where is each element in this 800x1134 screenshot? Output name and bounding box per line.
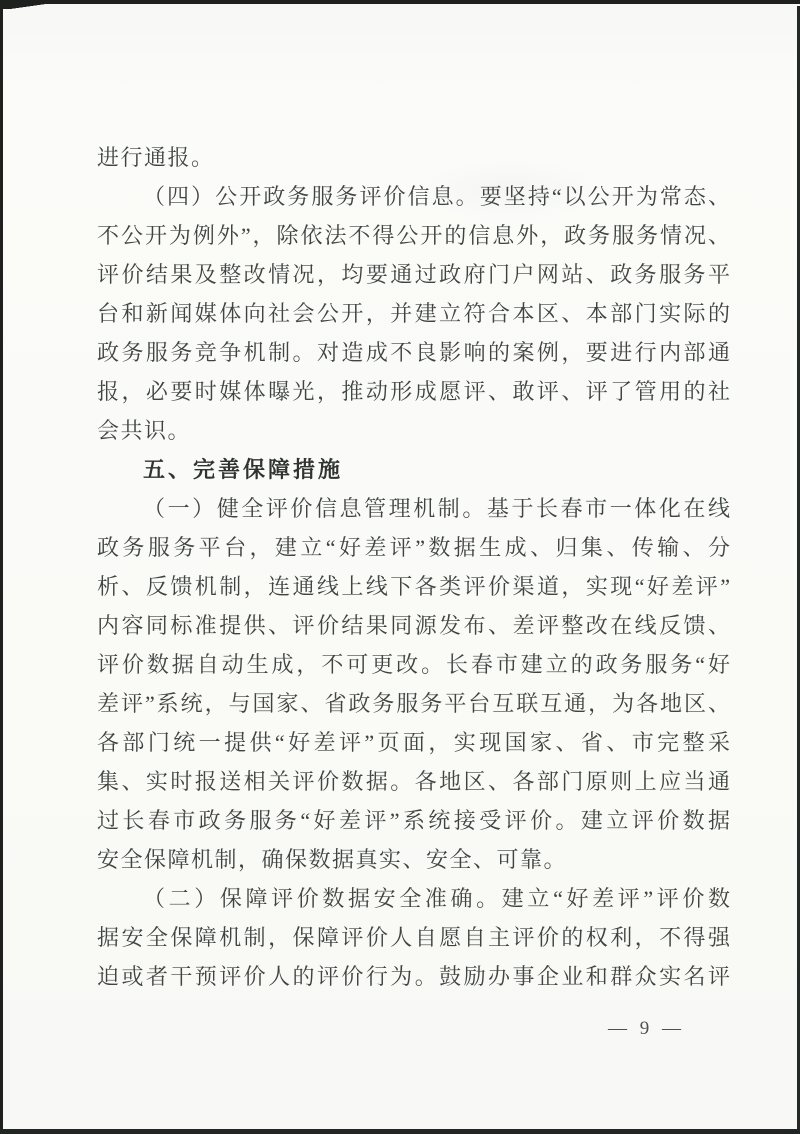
text-line: 过长春市政务服务“好差评”系统接受评价。建立评价数据	[97, 801, 730, 840]
section-heading: 五、完善保障措施	[97, 450, 730, 489]
text-line: 集、实时报送相关评价数据。各地区、各部门原则上应当通	[97, 762, 730, 801]
page-number: — 9 —	[608, 1018, 685, 1040]
text-line: 政务服务竞争机制。对造成不良影响的案例，要进行内部通	[97, 333, 730, 372]
text-line: 差评”系统，与国家、省政务服务平台互联互通，为各地区、	[97, 684, 730, 723]
text-line: 据安全保障机制，保障评价人自愿自主评价的权利，不得强	[97, 918, 730, 957]
text-line: 析、反馈机制，连通线上线下各类评价渠道，实现“好差评”	[97, 567, 730, 606]
text-line: 各部门统一提供“好差评”页面，实现国家、省、市完整采	[97, 723, 730, 762]
text-line: 评价结果及整改情况，均要通过政府门户网站、政务服务平	[97, 255, 730, 294]
text-line: 会共识。	[97, 411, 730, 450]
text-line: （二）保障评价数据安全准确。建立“好差评”评价数	[97, 879, 730, 918]
text-line: 迫或者干预评价人的评价行为。鼓励办事企业和群众实名评	[97, 957, 730, 996]
text-line: 报，必要时媒体曝光，推动形成愿评、敢评、评了管用的社	[97, 372, 730, 411]
scan-edge-bottom	[0, 1129, 800, 1134]
text-line: 不公开为例外”，除依法不得公开的信息外，政务服务情况、	[97, 216, 730, 255]
text-line: 评价数据自动生成，不可更改。长春市建立的政务服务“好	[97, 645, 730, 684]
text-line: 内容同标准提供、评价结果同源发布、差评整改在线反馈、	[97, 606, 730, 645]
text-line: （四）公开政务服务评价信息。要坚持“以公开为常态、	[97, 177, 730, 216]
text-line: （一）健全评价信息管理机制。基于长春市一体化在线	[97, 489, 730, 528]
scanned-page: 进行通报。 （四）公开政务服务评价信息。要坚持“以公开为常态、 不公开为例外”，…	[0, 0, 800, 1134]
scan-edge-top	[0, 0, 800, 4]
text-line: 台和新闻媒体向社会公开，并建立符合本区、本部门实际的	[97, 294, 730, 333]
document-body: 进行通报。 （四）公开政务服务评价信息。要坚持“以公开为常态、 不公开为例外”，…	[97, 138, 730, 996]
text-line: 进行通报。	[97, 138, 730, 177]
scan-edge-left	[0, 0, 3, 1134]
text-line: 政务服务平台，建立“好差评”数据生成、归集、传输、分	[97, 528, 730, 567]
text-line: 安全保障机制，确保数据真实、安全、可靠。	[97, 840, 730, 879]
